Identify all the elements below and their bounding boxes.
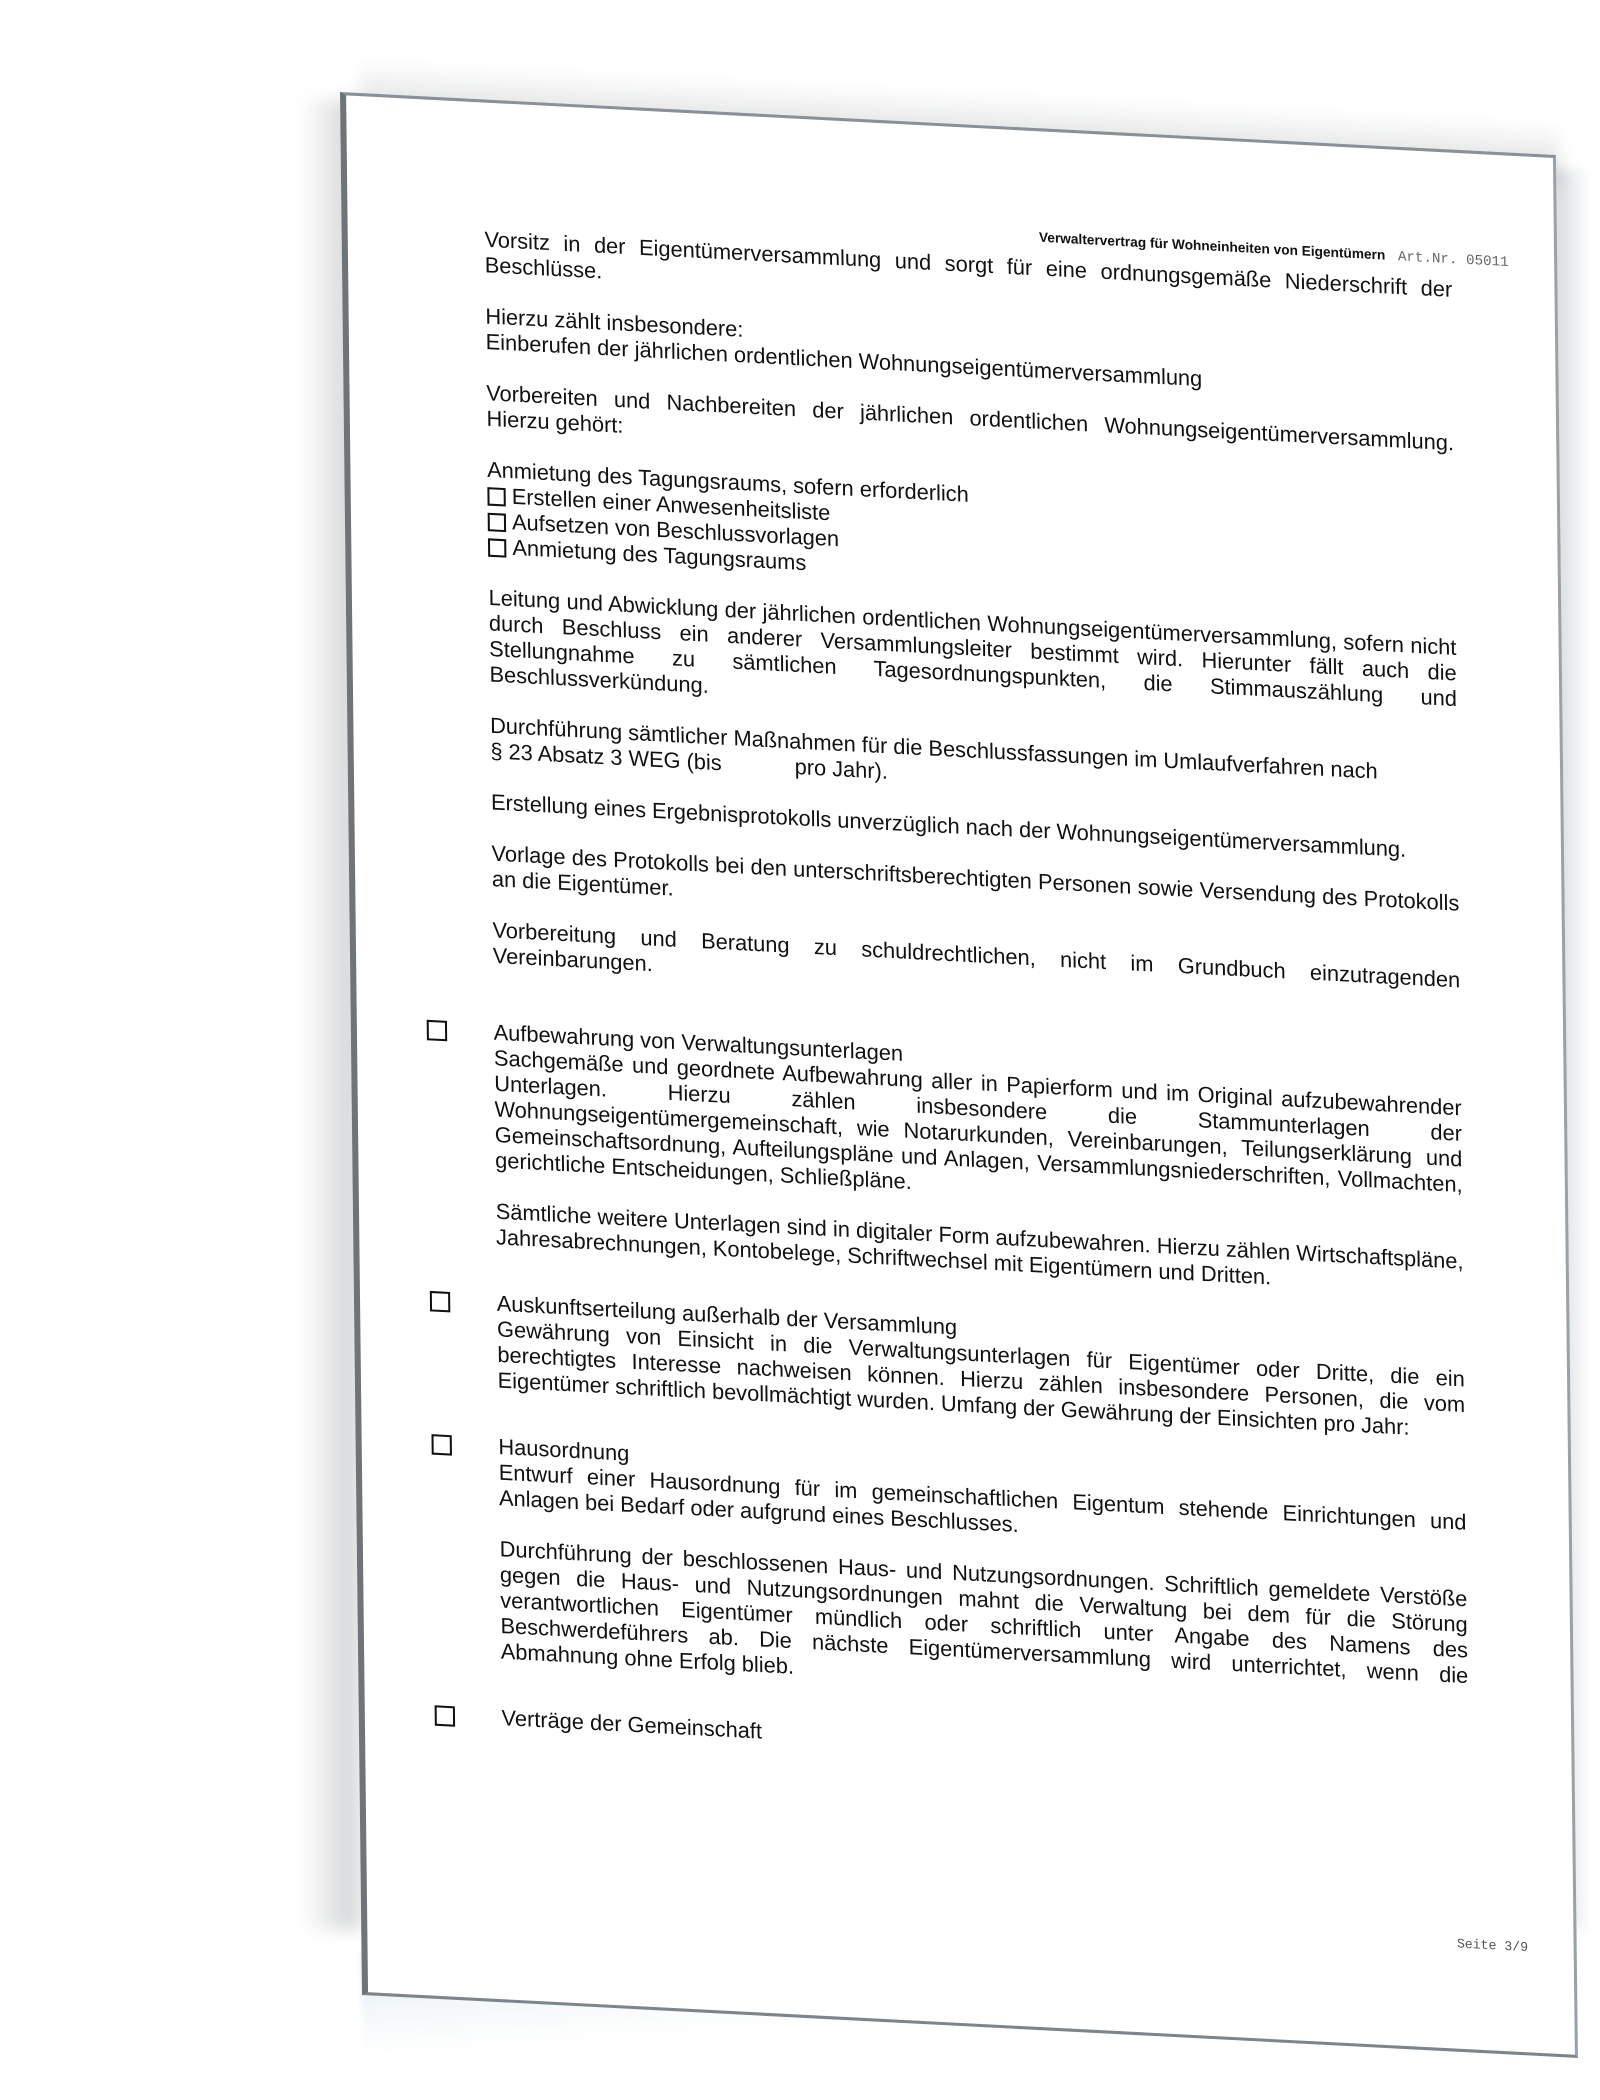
umlauf-text-b: pro Jahr). — [795, 755, 889, 784]
paragraph-leitung: Leitung und Abwicklung der jährlichen or… — [488, 585, 1457, 737]
page-number: Seite 3/9 — [1457, 1936, 1528, 1955]
checkbox-icon[interactable] — [488, 538, 506, 557]
checkbox-icon[interactable] — [488, 512, 506, 531]
section-paragraph: Durchführung der beschlossenen Haus- und… — [499, 1537, 1468, 1715]
document-page: Verwaltervertrag für Wohneinheiten von E… — [340, 92, 1578, 2058]
checkbox-icon[interactable] — [427, 1020, 448, 1042]
section-aufbewahrung: Aufbewahrung von Verwaltungsunterlagen S… — [494, 1020, 1464, 1300]
checkbox-icon[interactable] — [431, 1434, 452, 1456]
room-rental-list: Anmietung des Tagungsraums, sofern erfor… — [487, 457, 1456, 609]
section-hausordnung: Hausordnung Entwurf einer Hausordnung fü… — [498, 1435, 1468, 1715]
blank-field[interactable] — [722, 770, 795, 774]
checkbox-icon[interactable] — [487, 487, 505, 506]
page-content: Vorsitz in der Eigentümerversammlung und… — [484, 227, 1469, 1807]
document-preview: Verwaltervertrag für Wohneinheiten von E… — [0, 0, 1600, 2100]
checkbox-icon[interactable] — [430, 1291, 451, 1313]
article-number: Art.Nr. 05011 — [1398, 249, 1509, 271]
checkbox-icon[interactable] — [435, 1705, 456, 1727]
